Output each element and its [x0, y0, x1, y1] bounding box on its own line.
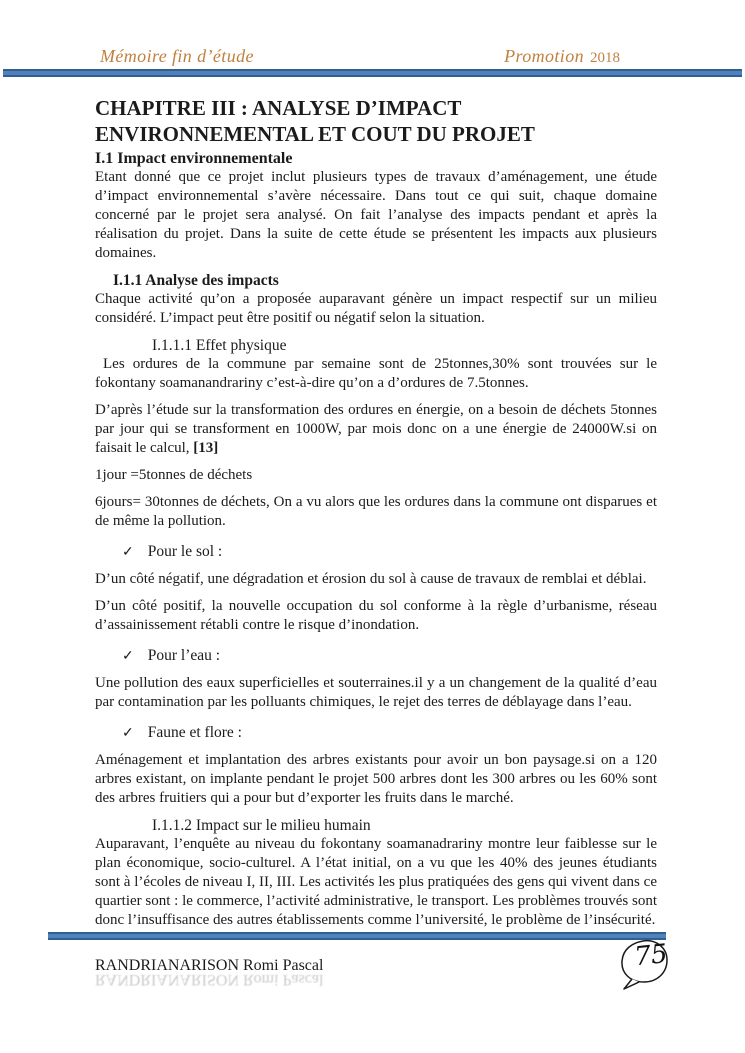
footer-rule — [48, 932, 666, 940]
heading-milieu-humain: I.1.1.2 Impact sur le milieu humain — [95, 816, 657, 835]
chapter-title-line1: CHAPITRE III : ANALYSE D’IMPACT — [95, 95, 657, 121]
paragraph-ordures: Les ordures de la commune par semaine so… — [95, 355, 657, 393]
paragraph-sol-positif: D’un côté positif, la nouvelle occupatio… — [95, 597, 657, 635]
author-name-reflection: RANDRIANARISON Romi Pascal — [95, 970, 323, 989]
document-page: Mémoire fin d’étude Promotion2018 CHAPIT… — [0, 0, 745, 1053]
header-promotion-label: Promotion — [504, 46, 584, 66]
bullet-label-faune: Faune et flore : — [148, 723, 242, 742]
paragraph-analyse: Chaque activité qu’on a proposée auparav… — [95, 290, 657, 328]
checkmark-icon: ✓ — [122, 724, 134, 743]
page-number-bubble: 75 — [612, 936, 674, 992]
header-promotion-year: 2018 — [590, 50, 620, 66]
page-header: Mémoire fin d’étude Promotion2018 — [100, 46, 620, 67]
paragraph-humain: Auparavant, l’enquête au niveau du fokon… — [95, 835, 657, 930]
heading-analyse-impacts: I.1.1 Analyse des impacts — [95, 271, 657, 290]
citation-13: [13] — [193, 440, 218, 456]
document-content: CHAPITRE III : ANALYSE D’IMPACT ENVIRONN… — [95, 95, 657, 938]
bullet-pour-leau: ✓ Pour l’eau : — [95, 646, 657, 666]
bullet-label-eau: Pour l’eau : — [148, 646, 220, 665]
chapter-title: CHAPITRE III : ANALYSE D’IMPACT ENVIRONN… — [95, 95, 657, 147]
bullet-label-sol: Pour le sol : — [148, 542, 223, 561]
chapter-title-line2: ENVIRONNEMENTAL ET COUT DU PROJET — [95, 121, 657, 147]
heading-impact-environnementale: I.1 Impact environnementale — [95, 149, 657, 168]
checkmark-icon: ✓ — [122, 647, 134, 666]
paragraph-eau: Une pollution des eaux superficielles et… — [95, 674, 657, 712]
page-number: 75 — [633, 939, 669, 972]
header-right: Promotion2018 — [504, 46, 620, 67]
paragraph-1jour: 1jour =5tonnes de déchets — [95, 466, 657, 485]
paragraph-intro: Etant donné que ce projet inclut plusieu… — [95, 168, 657, 263]
heading-effet-physique: I.1.1.1 Effet physique — [95, 336, 657, 355]
header-left-title: Mémoire fin d’étude — [100, 46, 254, 67]
paragraph-sol-negatif: D’un côté négatif, une dégradation et ér… — [95, 570, 657, 589]
bullet-faune-flore: ✓ Faune et flore : — [95, 723, 657, 743]
paragraph-faune: Aménagement et implantation des arbres e… — [95, 751, 657, 808]
bullet-pour-le-sol: ✓ Pour le sol : — [95, 542, 657, 562]
checkmark-icon: ✓ — [122, 543, 134, 562]
footer-author: RANDRIANARISON Romi Pascal RANDRIANARISO… — [95, 956, 323, 993]
paragraph-energie: D’après l’étude sur la transformation de… — [95, 401, 657, 458]
paragraph-6jours: 6jours= 30tonnes de déchets, On a vu alo… — [95, 493, 657, 531]
paragraph-energie-text: D’après l’étude sur la transformation de… — [95, 402, 657, 456]
header-rule — [3, 69, 742, 77]
